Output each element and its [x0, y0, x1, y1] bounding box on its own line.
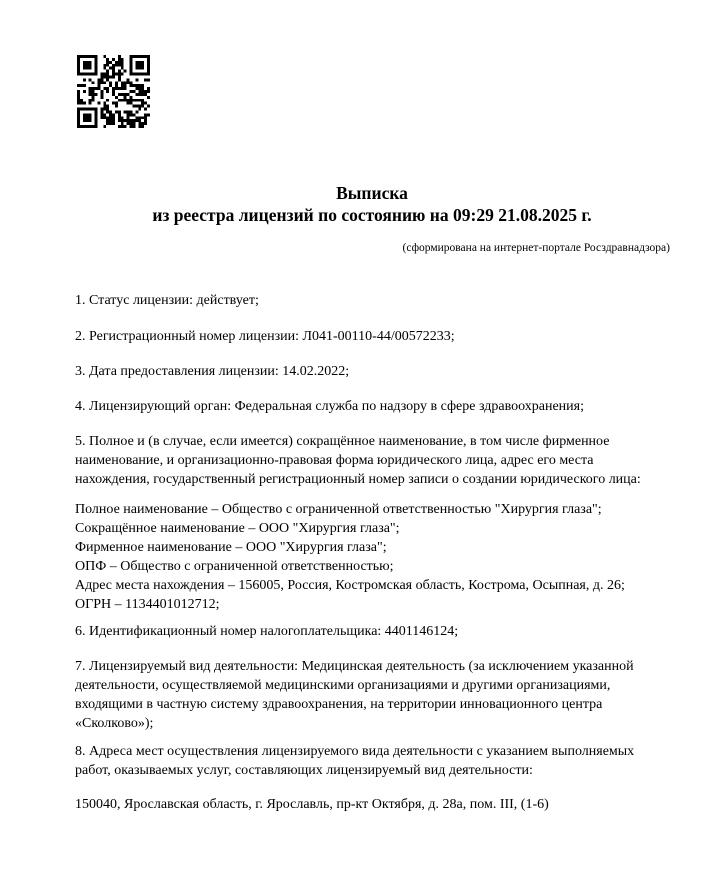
brand-name: Фирменное наименование – ООО "Хирургия г…	[75, 538, 695, 557]
ogrn: ОГРН – 1134401012712;	[75, 595, 695, 614]
document-title: Выписка	[0, 183, 701, 204]
activity: 7. Лицензируемый вид деятельности: Медиц…	[75, 657, 675, 733]
license-status: 1. Статус лицензии: действует;	[75, 291, 675, 310]
inn: 6. Идентификационный номер налогоплатель…	[75, 622, 675, 641]
full-name: Полное наименование – Общество с огранич…	[75, 500, 695, 519]
legal-form: ОПФ – Общество с ограниченной ответствен…	[75, 557, 695, 576]
activity-address: 150040, Ярославская область, г. Ярославл…	[75, 795, 675, 814]
qr-code-icon	[77, 55, 150, 128]
license-reg-number: 2. Регистрационный номер лицензии: Л041-…	[75, 327, 675, 346]
legal-address: Адрес места нахождения – 156005, Россия,…	[75, 576, 695, 595]
names-header: 5. Полное и (в случае, если имеется) сок…	[75, 432, 675, 489]
names-list: Полное наименование – Общество с огранич…	[75, 500, 695, 614]
addresses-header: 8. Адреса мест осуществления лицензируем…	[75, 742, 695, 780]
document-subtitle: из реестра лицензий по состоянию на 09:2…	[0, 205, 701, 226]
license-authority: 4. Лицензирующий орган: Федеральная служ…	[75, 397, 675, 416]
source-note: (сформирована на интернет-портале Росздр…	[403, 242, 671, 254]
license-issue-date: 3. Дата предоставления лицензии: 14.02.2…	[75, 362, 675, 381]
short-name: Сокращённое наименование – ООО "Хирургия…	[75, 519, 695, 538]
